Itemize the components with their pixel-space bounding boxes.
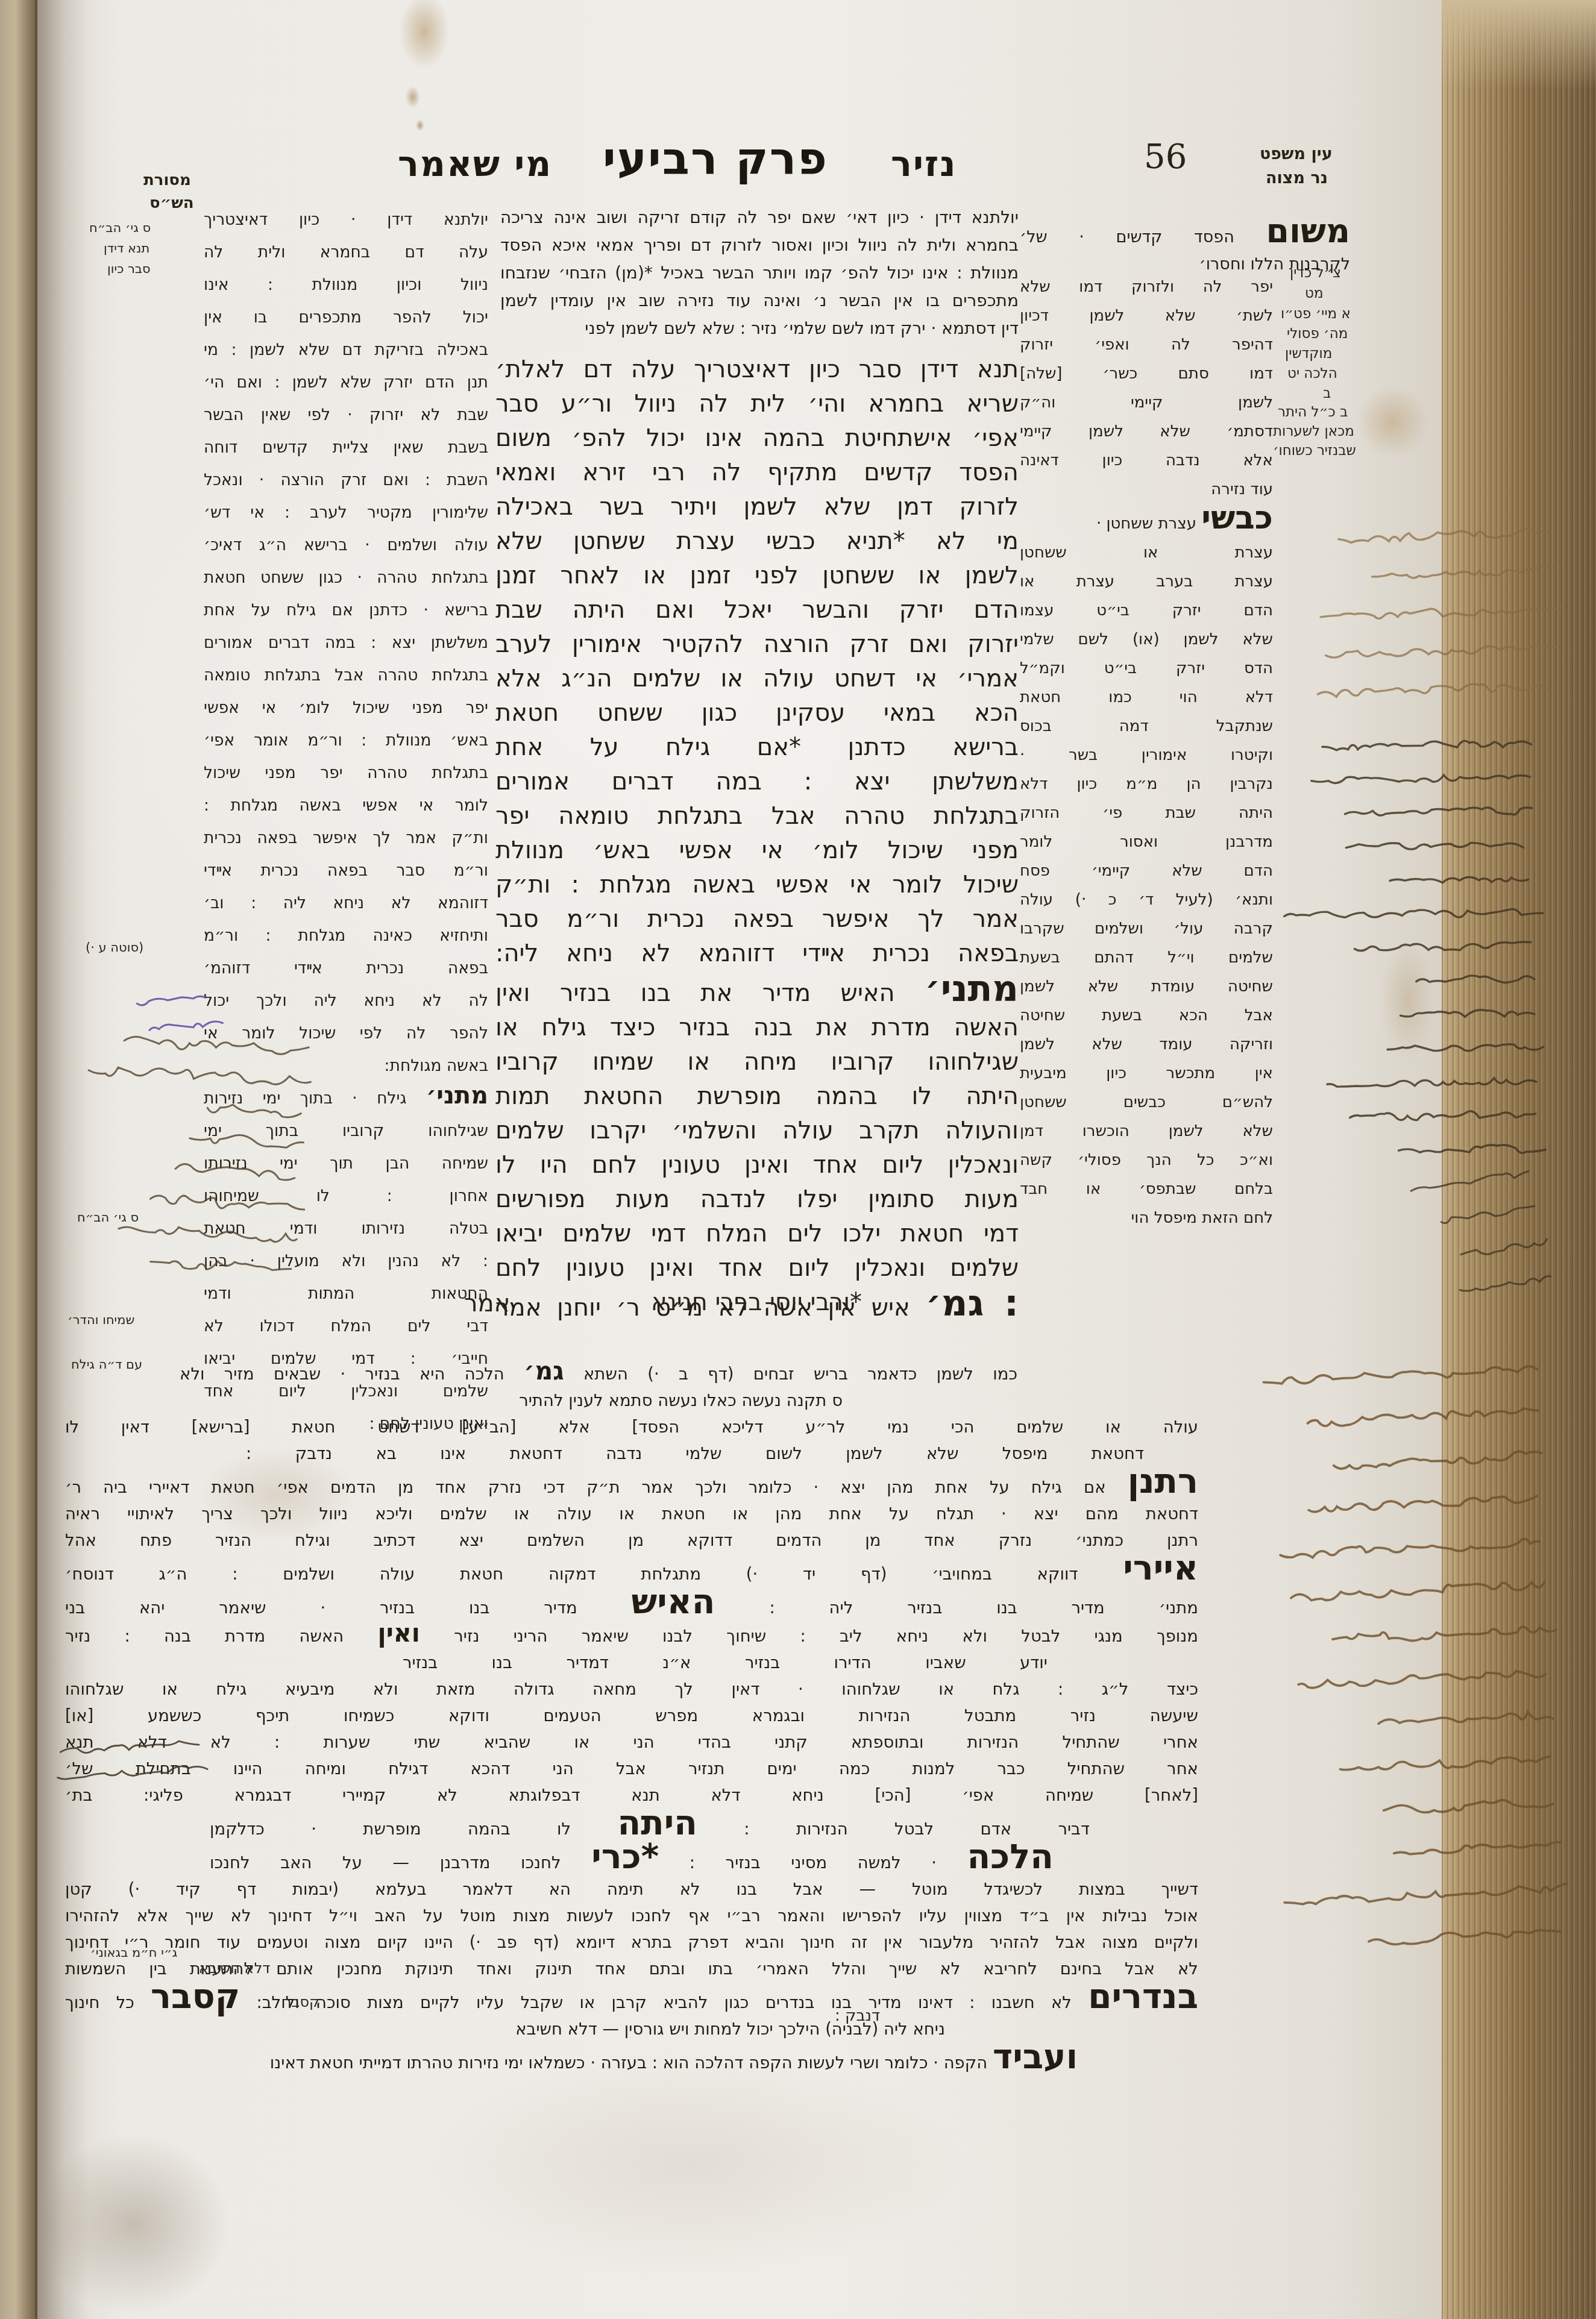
handwriting-stroke — [1383, 1797, 1553, 1815]
handwriting-stroke — [1309, 1493, 1538, 1514]
mesorah-note: עם ד״ה גילח — [71, 1357, 142, 1372]
mesorah-note: שמיחו והדר׳ — [68, 1313, 134, 1327]
handwriting-stroke — [1354, 942, 1531, 952]
handwritten-note — [1406, 1167, 1547, 1337]
handwriting-stroke — [57, 1765, 207, 1781]
ein-mishpat-note: א מיי׳ פט״ו — [1281, 306, 1351, 322]
ner-mitzvah-title: נר מצוה — [1266, 169, 1328, 187]
ein-mishpat-note: ב כ״ל היתר — [1278, 404, 1348, 420]
printers-note: דנבק : — [835, 2007, 880, 2025]
handwriting-stroke — [1284, 1883, 1568, 1906]
gemara-line-fragment: *ורבי יוסי ברבי חנינא — [651, 1288, 862, 1316]
printers-note: דלא חשיבא — [199, 1960, 270, 1977]
mesorah-note: סבר כיון — [107, 262, 151, 276]
handwriting-stroke — [60, 1739, 199, 1755]
handwritten-note — [66, 1031, 297, 1307]
handwriting-stroke — [1346, 841, 1523, 850]
handwriting-stroke — [1298, 1668, 1546, 1689]
handwriting-stroke — [1369, 1927, 1561, 1947]
handwriting-stroke — [1345, 807, 1532, 818]
handwriting-stroke — [1398, 1144, 1545, 1155]
mesorah-note: (סוטה ע ·) — [86, 940, 143, 955]
handwriting-stroke — [1291, 1580, 1545, 1602]
handwriting-stroke — [150, 1194, 305, 1213]
ein-mishpat-note: ב — [1323, 386, 1331, 401]
ein-mishpat-note: מוקדשין — [1285, 346, 1332, 362]
handwriting-stroke — [1327, 1078, 1536, 1088]
handwriting-stroke — [1322, 739, 1532, 750]
handwriting-stroke — [1263, 1364, 1538, 1387]
handwriting-stroke — [1338, 528, 1549, 543]
ein-mishpat-note: צ״ל כדין — [1290, 265, 1341, 281]
handwriting-stroke — [1349, 1110, 1535, 1121]
ein-mishpat-note: הלכה יט — [1287, 366, 1337, 381]
handwriting-stroke — [150, 1258, 291, 1275]
margin-annotations-layer: עין משפטנר מצוהצ״ל כדיןמטא מיי׳ פט״ומה׳ … — [0, 0, 1596, 2319]
ein-mishpat-title: עין משפט — [1260, 145, 1333, 163]
handwriting-stroke — [1321, 604, 1562, 621]
handwriting-stroke — [1460, 1276, 1551, 1293]
ein-mishpat-note: מה׳ פסולי — [1287, 326, 1348, 342]
handwriting-stroke — [1284, 908, 1543, 920]
handwriting-stroke — [1460, 1239, 1548, 1258]
handwriting-stroke — [175, 1164, 295, 1181]
handwritten-note — [55, 1736, 192, 1810]
talmud-page-photo: מי שאמר פרק רביעי נזיר 56 יולתנא דידן · … — [0, 0, 1596, 2319]
handwriting-stroke — [1387, 1043, 1544, 1052]
handwritten-note — [1292, 525, 1553, 741]
handwriting-stroke — [1333, 1624, 1557, 1645]
handwriting-stroke — [1400, 1009, 1535, 1018]
mesorat-hashas-title: מסורת — [143, 171, 191, 189]
handwriting-stroke — [1393, 1840, 1560, 1856]
handwriting-stroke — [1440, 1205, 1535, 1224]
handwriting-stroke — [1312, 774, 1530, 784]
ein-mishpat-note: מט — [1305, 286, 1324, 301]
ein-mishpat-note: שבנזיר כשוחו׳ — [1273, 443, 1356, 459]
mesorah-note: ס גי׳ הב״ח — [89, 221, 151, 235]
handwriting-stroke — [1372, 565, 1555, 580]
printers-note: ג״י ח״מ בגאוני׳ — [90, 1945, 177, 1960]
mesorat-hashas-title: הש״ס — [149, 194, 194, 212]
handwritten-note — [1280, 736, 1528, 1194]
handwriting-stroke — [137, 994, 206, 1006]
handwriting-stroke — [1280, 1537, 1540, 1560]
handwriting-stroke — [1340, 1754, 1550, 1774]
handwriting-stroke — [1390, 876, 1528, 884]
handwriting-stroke — [207, 1103, 301, 1118]
handwriting-stroke — [1378, 1710, 1553, 1728]
handwriting-stroke — [189, 1132, 303, 1148]
handwriting-stroke — [149, 1019, 222, 1033]
handwriting-stroke — [1333, 1451, 1542, 1471]
handwriting-stroke — [1416, 974, 1535, 984]
handwriting-stroke — [1318, 681, 1553, 698]
printers-note: קסבר — [283, 1994, 319, 2010]
handwritten-note — [1249, 1361, 1559, 1997]
gemara-line-fragment: אמר — [464, 1290, 510, 1317]
ein-mishpat-note: מכאן לשערות — [1273, 424, 1354, 439]
handwriting-stroke — [1325, 644, 1556, 659]
handwriting-stroke — [119, 1224, 297, 1243]
handwriting-stroke — [124, 1036, 309, 1056]
handwriting-stroke — [89, 1064, 311, 1086]
mesorah-note: תנא דידן — [104, 241, 149, 256]
handwriting-stroke — [1307, 1407, 1539, 1428]
